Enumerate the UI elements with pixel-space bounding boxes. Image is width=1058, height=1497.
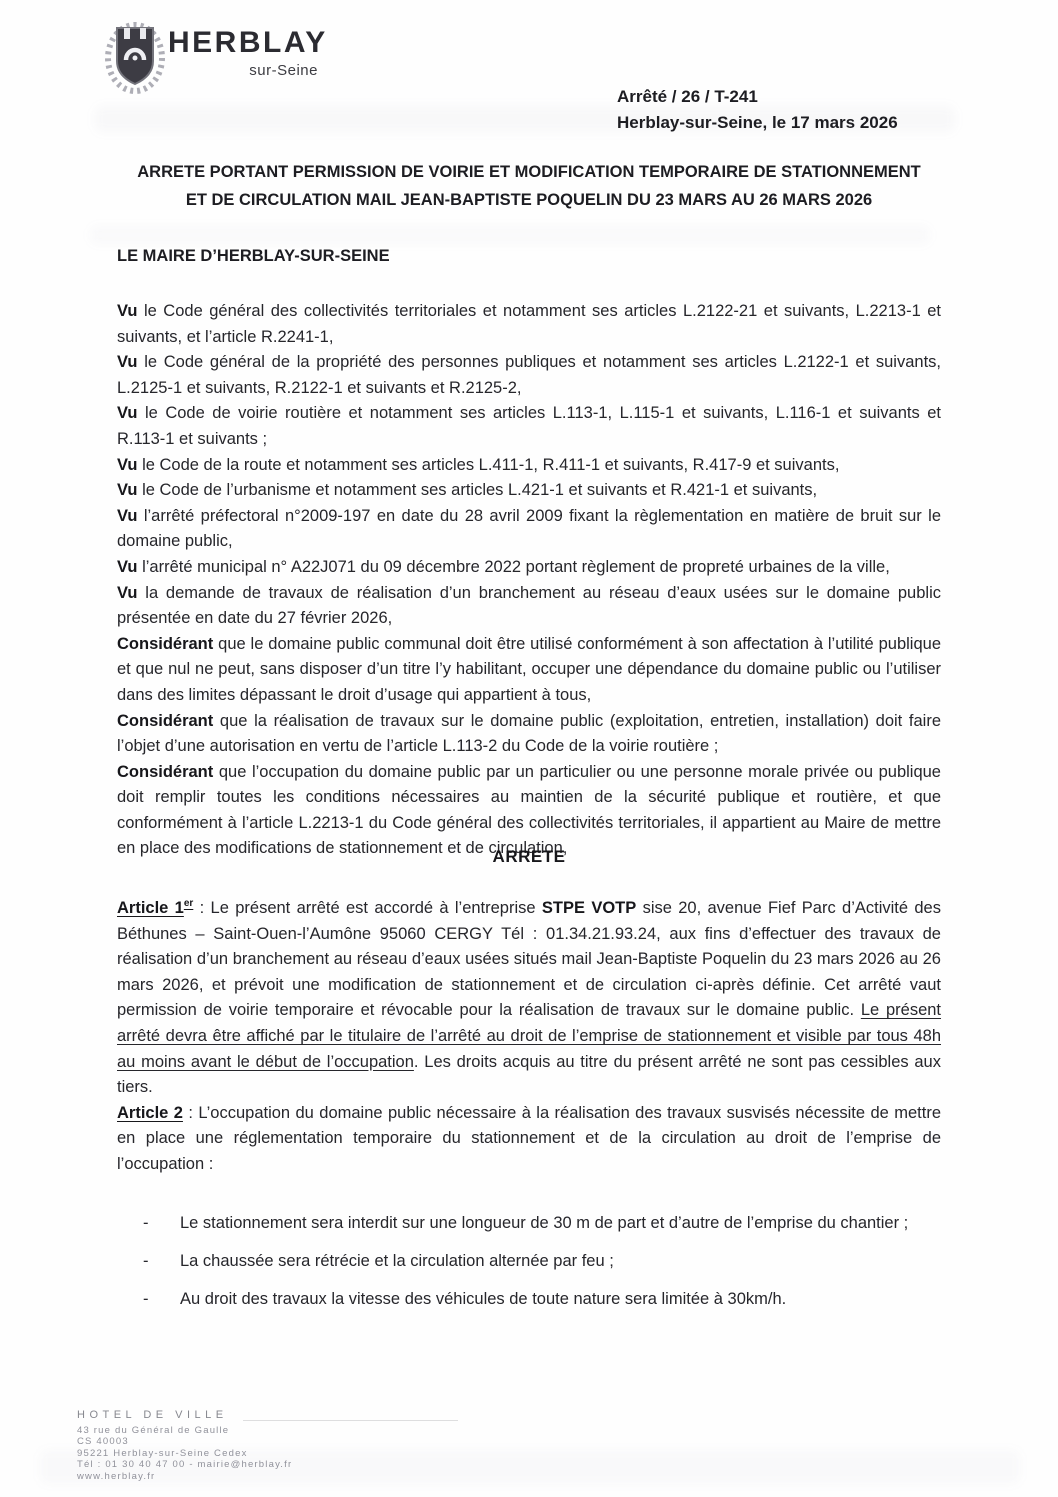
paragraph: Article 1er : Le présent arrêté est acco… [117, 896, 941, 1101]
text-segment: Vu [117, 558, 137, 576]
text-segment: Vu [117, 302, 137, 320]
bullet-text: La chaussée sera rétrécie et la circulat… [180, 1242, 915, 1280]
text-segment: Vu [117, 584, 137, 602]
text-segment: le Code de l’urbanisme et notamment ses … [137, 481, 817, 499]
bullet-item: -Au droit des travaux la vitesse des véh… [143, 1280, 915, 1318]
text-segment: sise 20, avenue Fief Parc d’Activité des… [117, 899, 941, 1019]
reference-block: Arrêté / 26 / T-241 Herblay-sur-Seine, l… [617, 84, 898, 136]
footer-line: 43 rue du Général de Gaulle [77, 1425, 292, 1437]
paragraph: Considérant que le domaine public commun… [117, 632, 941, 709]
document-title: ARRETE PORTANT PERMISSION DE VOIRIE ET M… [0, 159, 1058, 214]
text-segment: que la réalisation de travaux sur le dom… [117, 712, 941, 756]
text-segment: Vu [117, 404, 137, 422]
bullet-item: -La chaussée sera rétrécie et la circula… [143, 1242, 915, 1280]
text-segment: Vu [117, 507, 137, 525]
text-segment: Vu [117, 481, 137, 499]
text-segment: Considérant [117, 763, 213, 781]
footer-rule [243, 1420, 458, 1421]
bullet-text: Au droit des travaux la vitesse des véhi… [180, 1280, 915, 1318]
city-logo: HERBLAY sur-Seine [103, 16, 403, 102]
text-segment: la demande de travaux de réalisation d’u… [117, 584, 941, 628]
text-segment: : L’occupation du domaine public nécessa… [117, 1104, 941, 1173]
paragraph: Vu le Code général des collectivités ter… [117, 299, 941, 350]
text-segment: er [184, 898, 193, 909]
document-page: HERBLAY sur-Seine Arrêté / 26 / T-241 He… [0, 0, 1058, 1497]
paragraph: Vu l’arrêté municipal n° A22J071 du 09 d… [117, 555, 941, 581]
text-segment: : Le présent arrêté est accordé à l’entr… [193, 899, 542, 917]
footer-line: www.herblay.fr [77, 1471, 292, 1483]
text-segment: Vu [117, 456, 137, 474]
mayor-heading: LE MAIRE D’HERBLAY-SUR-SEINE [117, 247, 390, 266]
title-line-1: ARRETE PORTANT PERMISSION DE VOIRIE ET M… [0, 159, 1058, 187]
text-segment: Vu [117, 353, 137, 371]
text-segment: le Code de voirie routière et notamment … [117, 404, 941, 448]
bullet-dash-icon: - [143, 1204, 180, 1242]
paragraph: Vu la demande de travaux de réalisation … [117, 581, 941, 632]
footer-line: CS 40003 [77, 1436, 292, 1448]
bullet-item: -Le stationnement sera interdit sur une … [143, 1204, 915, 1242]
text-segment: l’arrêté préfectoral n°2009-197 en date … [117, 507, 941, 551]
text-segment: que l’occupation du domaine public par u… [117, 763, 941, 858]
text-segment: Considérant [117, 712, 213, 730]
text-segment: le Code de la route et notamment ses art… [137, 456, 839, 474]
logo-city-subtitle: sur-Seine [168, 62, 318, 79]
preamble-section: Vu le Code général des collectivités ter… [117, 299, 941, 862]
footer-line: 95221 Herblay-sur-Seine Cedex [77, 1448, 292, 1460]
text-segment: que le domaine public communal doit être… [117, 635, 941, 704]
bullet-dash-icon: - [143, 1280, 180, 1318]
paragraph: Article 2 : L’occupation du domaine publ… [117, 1101, 941, 1178]
bullet-dash-icon: - [143, 1242, 180, 1280]
measures-list: -Le stationnement sera interdit sur une … [143, 1204, 915, 1318]
arrete-heading: ARRETE [0, 847, 1058, 867]
place-date-line: Herblay-sur-Seine, le 17 mars 2026 [617, 110, 898, 136]
paragraph: Vu le Code de voirie routière et notamme… [117, 401, 941, 452]
paragraph: Vu l’arrêté préfectoral n°2009-197 en da… [117, 504, 941, 555]
text-segment: l’arrêté municipal n° A22J071 du 09 déce… [137, 558, 889, 576]
articles-section: Article 1er : Le présent arrêté est acco… [117, 896, 941, 1178]
text-segment: le Code général de la propriété des pers… [117, 353, 941, 397]
footer-line: Tél : 01 30 40 47 00 - mairie@herblay.fr [77, 1459, 292, 1471]
text-segment: Considérant [117, 635, 213, 653]
text-segment: le Code général des collectivités territ… [117, 302, 941, 346]
paragraph: Vu le Code général de la propriété des p… [117, 350, 941, 401]
herblay-coat-of-arms-icon [103, 18, 167, 96]
paragraph: Vu le Code de la route et notamment ses … [117, 453, 941, 479]
paragraph: Considérant que la réalisation de travau… [117, 709, 941, 760]
bullet-text: Le stationnement sera interdit sur une l… [180, 1204, 915, 1242]
text-segment: Article 1 [117, 899, 184, 917]
paragraph: Vu le Code de l’urbanisme et notamment s… [117, 478, 941, 504]
title-line-2: ET DE CIRCULATION MAIL JEAN-BAPTISTE POQ… [0, 187, 1058, 215]
text-segment: Article 2 [117, 1104, 183, 1122]
text-segment: STPE VOTP [542, 899, 636, 917]
logo-city-name: HERBLAY [168, 26, 328, 60]
scan-artifact [90, 226, 930, 244]
decree-reference: Arrêté / 26 / T-241 [617, 84, 898, 110]
